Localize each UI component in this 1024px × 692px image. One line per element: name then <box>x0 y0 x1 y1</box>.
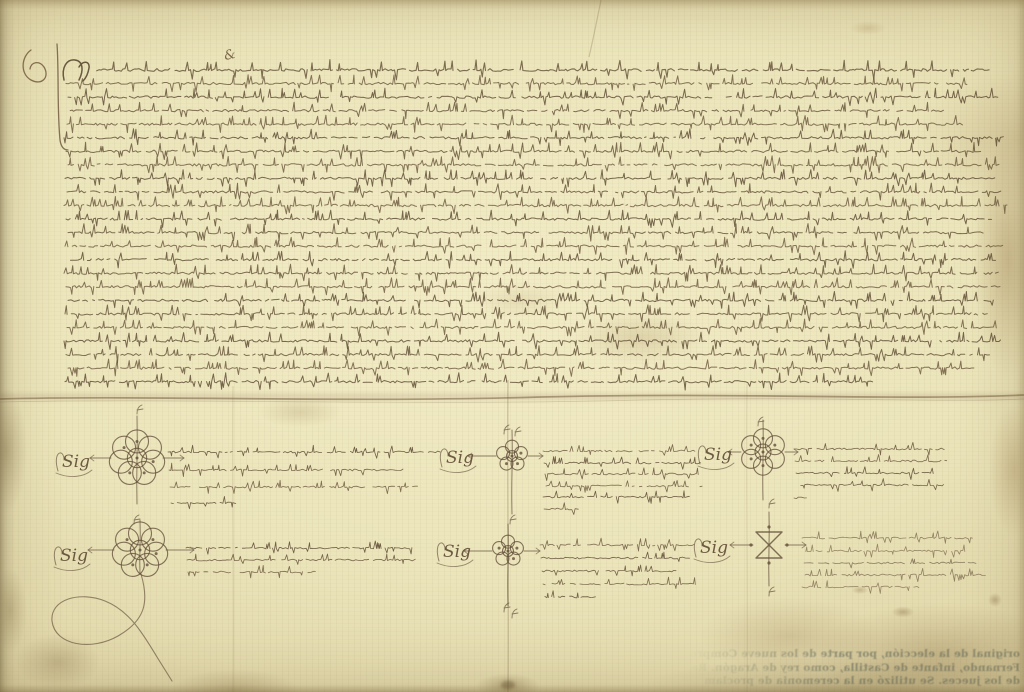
handwriting-line <box>64 332 1001 349</box>
signum-hook <box>510 515 516 524</box>
signum-hook <box>515 427 521 436</box>
signum-circle <box>765 449 784 468</box>
signum-hook <box>769 587 775 596</box>
tie-mark: & <box>223 47 237 64</box>
handwriting-line <box>70 102 943 119</box>
handwriting-line <box>68 156 999 173</box>
signum-hook <box>769 499 775 508</box>
handwriting-line <box>68 88 998 105</box>
signum-stem <box>769 512 770 586</box>
handwriting-line <box>65 305 987 322</box>
ink-dot <box>750 444 753 447</box>
handwriting-line <box>65 237 1003 254</box>
ink-dot <box>750 457 753 460</box>
handwriting-line <box>544 503 578 515</box>
handwriting-line <box>802 581 919 594</box>
handwriting-line <box>68 224 987 242</box>
ink-dot <box>505 462 508 465</box>
handwriting-line <box>64 129 1003 146</box>
handwriting-line <box>543 577 701 588</box>
handwriting-line <box>541 552 690 561</box>
handwriting-line <box>171 496 236 508</box>
notary-signum-2 <box>440 425 543 524</box>
handwriting-line <box>64 264 998 281</box>
flourish-curl <box>23 50 46 82</box>
handwriting-line <box>187 554 415 564</box>
signum-stem <box>508 524 509 606</box>
handwriting-line <box>806 544 965 557</box>
signum-hook <box>504 603 510 612</box>
margin-flourish <box>23 44 68 150</box>
signum-loop-flourish <box>52 574 172 681</box>
ink-dot <box>773 444 776 447</box>
vertical-crease-right <box>747 384 748 692</box>
handwriting-line <box>66 75 967 92</box>
parchment-page: original de la elección, por parte de lo… <box>0 0 1024 692</box>
handwriting-line <box>802 531 972 543</box>
ink-dot <box>762 451 765 454</box>
handwriting-line <box>67 115 963 132</box>
signum-hook <box>504 425 510 434</box>
handwriting-line <box>801 479 944 492</box>
handwriting-line <box>545 591 596 598</box>
handwriting-line <box>544 457 700 470</box>
initial-capital <box>63 60 89 81</box>
ink-dot <box>126 538 129 541</box>
signum-stem <box>137 416 138 504</box>
sig-label-2: Sig <box>446 448 474 468</box>
ink-dot <box>767 561 770 564</box>
ink-dot <box>519 452 522 455</box>
sig-label-4: Sig <box>60 546 88 566</box>
notary-signum-5 <box>437 524 540 618</box>
ink-dot <box>749 543 752 546</box>
manuscript-ink-layer: & Sig Sig Sig Sig Sig Sig <box>0 0 1024 692</box>
handwriting-line <box>65 170 995 187</box>
ink-dot <box>136 440 139 443</box>
handwriting-line <box>68 359 974 376</box>
handwriting-line <box>67 183 1001 200</box>
handwriting-line <box>543 445 695 456</box>
signum-hook <box>512 609 518 618</box>
handwriting-line <box>66 210 992 227</box>
ink-dot <box>136 457 139 460</box>
ink-dot <box>498 547 501 550</box>
handwriting-lines <box>64 60 1007 598</box>
signum-hook <box>137 405 143 414</box>
ink-dot <box>143 471 146 474</box>
handwriting-line <box>67 319 996 336</box>
handwriting-line <box>542 565 676 576</box>
sig-label-5: Sig <box>443 542 471 562</box>
sig-label-6: Sig <box>700 538 728 558</box>
sig-label-3: Sig <box>704 445 732 465</box>
handwriting-line <box>794 442 944 455</box>
top-edge-crease <box>589 0 601 57</box>
handwriting-line <box>805 568 985 581</box>
handwriting-line <box>66 278 1000 295</box>
handwriting-line <box>169 463 403 477</box>
signum-stem <box>140 520 141 574</box>
ink-dot <box>511 455 514 458</box>
handwriting-line <box>186 541 412 554</box>
notary-signum-4 <box>52 515 194 681</box>
ink-dot <box>516 462 519 465</box>
handwriting-line <box>71 251 996 268</box>
handwriting-line <box>66 142 981 159</box>
handwriting-line <box>66 346 990 363</box>
sig-label-1: Sig <box>62 452 90 472</box>
ink-dot <box>762 437 765 440</box>
handwriting-line <box>170 480 418 493</box>
crease-ink-blotch <box>501 681 515 690</box>
ink-dot <box>151 538 154 541</box>
ink-dot <box>785 543 788 546</box>
handwriting-line <box>64 197 1007 214</box>
ink-dot <box>507 550 510 553</box>
ink-dot <box>512 557 515 560</box>
handwriting-line <box>540 538 694 551</box>
ink-dot <box>762 464 765 467</box>
handwriting-line <box>65 373 873 390</box>
signum-circle <box>138 436 161 459</box>
handwriting-line <box>545 468 698 481</box>
vertical-crease-left <box>233 386 234 692</box>
initial-letter-stroke <box>63 60 89 81</box>
ink-dot <box>515 547 518 550</box>
handwriting-line <box>68 292 993 309</box>
ink-dot <box>139 549 142 552</box>
ink-dot <box>123 446 126 449</box>
handwriting-line <box>795 455 952 462</box>
ink-dot <box>152 460 155 463</box>
handwriting-line <box>168 445 440 458</box>
ink-dot <box>155 552 158 555</box>
signum-stem <box>512 430 513 514</box>
ink-dot <box>128 471 131 474</box>
handwriting-line <box>794 497 807 499</box>
handwriting-line <box>188 565 316 578</box>
ink-dot <box>131 563 134 566</box>
handwriting-line <box>796 467 933 480</box>
ink-dot <box>146 563 149 566</box>
notary-signatures: Sig Sig Sig Sig Sig Sig <box>52 405 806 681</box>
handwriting-line <box>804 559 976 568</box>
handwriting-line <box>543 491 689 504</box>
ink-dot <box>767 525 770 528</box>
handwriting-line <box>546 480 702 492</box>
